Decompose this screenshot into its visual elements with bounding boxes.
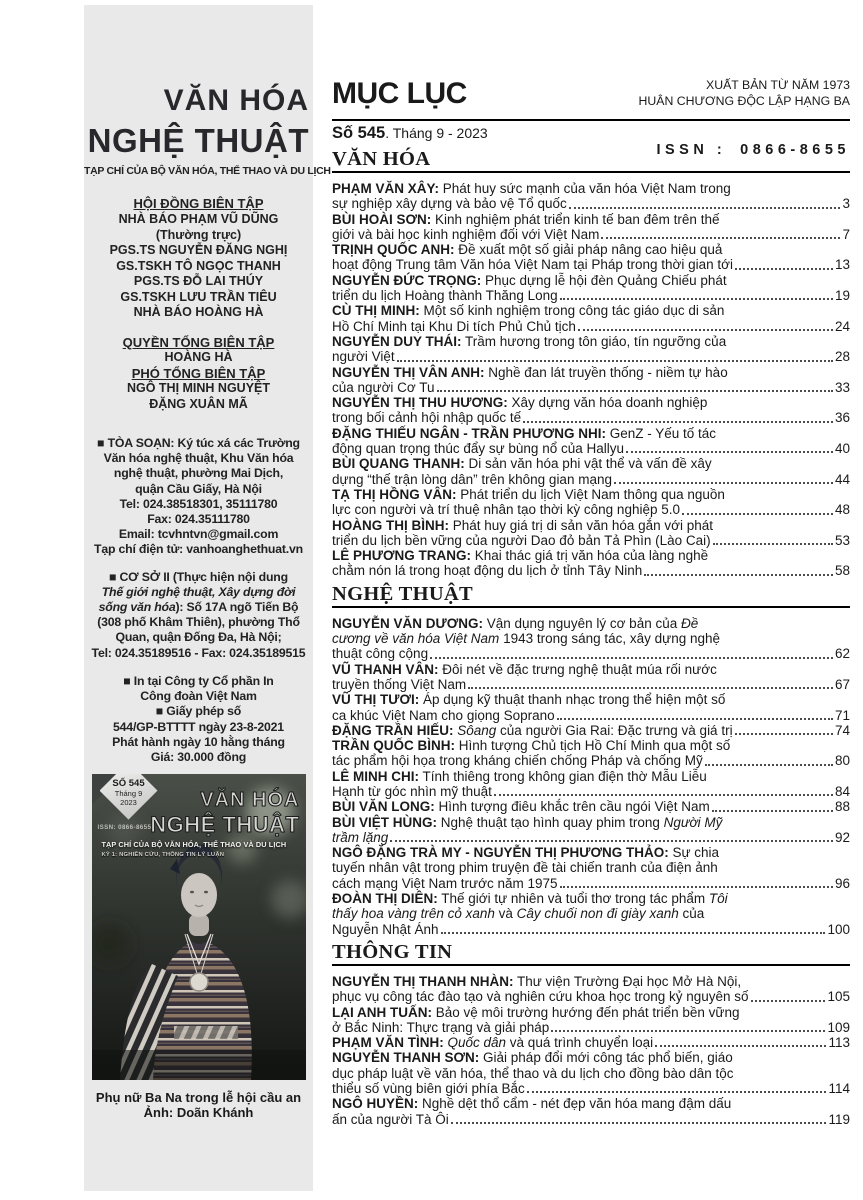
toc-entry: NGUYỄN ĐỨC TRỌNG: Phục dựng lễ hội đèn Q… bbox=[332, 273, 850, 304]
page-number: 33 bbox=[835, 380, 850, 395]
text-segment: Vận dụng nguyên lý cơ bản của bbox=[483, 616, 681, 631]
page-number: 19 bbox=[835, 288, 850, 303]
page-number: 96 bbox=[835, 876, 850, 891]
text-segment: NGUYỄN THỊ THU HƯƠNG: bbox=[332, 395, 508, 410]
table-of-contents: VĂN HÓAPHẠM VĂN XÂY: Phát huy sức mạnh c… bbox=[332, 149, 850, 1127]
text-segment: Phát triển du lịch Việt Nam thông qua ng… bbox=[457, 487, 725, 502]
section-header-2: NGHỆ THUẬT bbox=[332, 584, 850, 608]
text-line: Email: tcvhntvn@gmail.com bbox=[84, 527, 313, 542]
page-number: 71 bbox=[835, 708, 850, 723]
issue-row: Số 545. Tháng 9 - 2023 ISSN :0866-8655 bbox=[332, 124, 850, 144]
text-segment: thiểu số vùng biên giới phía Bắc bbox=[332, 1081, 525, 1096]
toc-entry: NGUYỄN THỊ THANH NHÀN: Thư viện Trường Đ… bbox=[332, 974, 850, 1005]
text-segment: PGS.TS ĐỖ LAI THÚY bbox=[134, 274, 263, 288]
page-number: 119 bbox=[828, 1112, 850, 1127]
page-number: 28 bbox=[835, 349, 850, 364]
text-segment: PGS.TS NGUYỄN ĐĂNG NGHỊ bbox=[110, 243, 288, 257]
text-segment: giới và bài học kinh nghiệm đối với Việt… bbox=[332, 227, 599, 242]
toc-entry: NGUYỄN DUY THÁI: Trầm hương trong tôn gi… bbox=[332, 334, 850, 365]
text-line: ■ TÒA SOẠN: Ký túc xá các Trường bbox=[84, 436, 313, 451]
text-line: ■ CƠ SỞ II (Thực hiện nội dung bbox=[84, 570, 313, 585]
text-segment: Nghề dệt thổ cẩm - nét đẹp văn hóa mang … bbox=[418, 1096, 731, 1111]
dot-leader bbox=[437, 390, 833, 392]
text-segment: Quan, quận Đống Đa, Hà Nội; bbox=[115, 630, 281, 644]
published-since-line: XUẤT BẢN TỪ NĂM 1973 bbox=[639, 78, 850, 94]
text-segment: Tôi bbox=[709, 891, 728, 906]
text-segment: trong bối cảnh hội nhập quốc tế bbox=[332, 410, 521, 425]
text-segment: Phục dựng lễ hội đèn Quảng Chiếu phát bbox=[481, 273, 726, 288]
magazine-logo: VĂN HÓA NGHỆ THUẬT bbox=[84, 5, 313, 161]
text-line: thuật công cộng62 bbox=[332, 646, 850, 661]
dot-leader bbox=[451, 1122, 827, 1124]
toc-entry: CÙ THỊ MINH: Một số kinh nghiệm trong cô… bbox=[332, 303, 850, 334]
cover-logo-line-2: NGHỆ THUẬT bbox=[150, 813, 299, 837]
text-segment: ĐẶNG XUÂN MÃ bbox=[149, 397, 248, 411]
text-line: BÙI HOÀI SƠN: Kinh nghiệm phát triển kin… bbox=[332, 212, 850, 227]
dot-leader bbox=[560, 886, 833, 888]
text-segment: ĐẶNG THIẾU NGÂN - TRẦN PHƯƠNG NHI: bbox=[332, 426, 606, 441]
text-line: thiểu số vùng biên giới phía Bắc114 bbox=[332, 1081, 850, 1096]
page-number: 88 bbox=[835, 799, 850, 814]
publisher-info: XUẤT BẢN TỪ NĂM 1973 HUÂN CHƯƠNG ĐỘC LẬP… bbox=[639, 78, 850, 109]
text-line: NHÀ BÁO HOÀNG HÀ bbox=[84, 305, 313, 321]
page-number: 40 bbox=[835, 441, 850, 456]
text-segment: Tính thiêng trong không gian điện thờ Mẫ… bbox=[419, 769, 707, 784]
text-segment: Áp dụng kỹ thuật thanh nhạc trong thể hi… bbox=[419, 692, 725, 707]
text-segment: nghệ thuật, phường Mai Dịch, bbox=[114, 466, 283, 480]
text-segment: thuật công cộng bbox=[332, 646, 428, 661]
text-line: NGÔ HUYỀN: Nghề dệt thổ cẩm - nét đẹp vă… bbox=[332, 1096, 850, 1111]
dot-leader bbox=[494, 794, 833, 796]
text-segment: lực con người và trí thuệ nhân tạo thời … bbox=[332, 502, 680, 517]
text-segment: PHẠM VĂN TÌNH: bbox=[332, 1035, 448, 1050]
text-segment: sống văn hóa bbox=[99, 600, 176, 614]
page-number: 114 bbox=[828, 1081, 850, 1096]
editorial-office-block: ■ TÒA SOẠN: Ký túc xá các TrườngVăn hóa … bbox=[84, 436, 313, 558]
text-segment: Giá: 30.000 đồng bbox=[151, 750, 246, 764]
page-number: 109 bbox=[827, 1020, 850, 1035]
toc-entry: BÙI VIỆT HÙNG: Nghệ thuật tạo hình quay … bbox=[332, 815, 850, 846]
text-segment: Tạp chí điện tử: vanhoanghethuat.vn bbox=[94, 542, 303, 556]
cover-tagline: TẠP CHÍ CỦA BỘ VĂN HÓA, THỂ THAO VÀ DU L… bbox=[102, 840, 302, 849]
page-number: 24 bbox=[835, 319, 850, 334]
page-number: 113 bbox=[828, 1035, 850, 1050]
dot-leader bbox=[557, 718, 833, 720]
text-segment: NGUYỄN THỊ VÂN ANH: bbox=[332, 365, 485, 380]
text-segment: NGÔ THỊ MINH NGUYỆT bbox=[127, 381, 270, 395]
text-segment: GS.TSKH TÔ NGỌC THANH bbox=[116, 259, 281, 273]
caption-line-2: Ảnh: Doãn Khánh bbox=[84, 1105, 313, 1120]
text-line: LÊ MINH CHI: Tính thiêng trong không gia… bbox=[332, 769, 850, 784]
caption-line-1: Phụ nữ Ba Na trong lễ hội cầu an bbox=[84, 1090, 313, 1105]
text-line: LẠI ANH TUẤN: Bảo vệ môi trường hướng đế… bbox=[332, 1005, 850, 1020]
text-segment: và quá trình chuyển loại bbox=[506, 1035, 653, 1050]
text-line: thấy hoa vàng trên cỏ xanh và Cây chuối … bbox=[332, 906, 850, 921]
text-segment: ): Số 17A ngõ Tiến Bộ bbox=[175, 600, 298, 614]
text-segment: BÙI QUANG THANH: bbox=[332, 456, 465, 471]
dot-leader bbox=[578, 329, 833, 331]
text-line: ĐẶNG THIẾU NGÂN - TRẦN PHƯƠNG NHI: GenZ … bbox=[332, 426, 850, 441]
dot-leader bbox=[601, 237, 840, 239]
text-segment: Hạnh từ góc nhìn mỹ thuật bbox=[332, 784, 492, 799]
section-entries: PHẠM VĂN XÂY: Phát huy sức mạnh của văn … bbox=[332, 181, 850, 579]
toc-entry: BÙI HOÀI SƠN: Kinh nghiệm phát triển kin… bbox=[332, 212, 850, 243]
text-segment: Di sản văn hóa phi vật thể và vấn đề xây bbox=[465, 456, 712, 471]
toc-entry: BÙI QUANG THANH: Di sản văn hóa phi vật … bbox=[332, 456, 850, 487]
text-line: ở Bắc Ninh: Thực trạng và giải pháp109 bbox=[332, 1020, 850, 1035]
text-segment: Xây dựng văn hóa doanh nghiệp bbox=[508, 395, 708, 410]
text-line: NGUYỄN THỊ THANH NHÀN: Thư viện Trường Đ… bbox=[332, 974, 850, 989]
text-segment: VŨ THỊ TƯƠI: bbox=[332, 692, 419, 707]
text-segment: ■ CƠ SỞ II (Thực hiện nội dung bbox=[109, 570, 288, 584]
text-segment: dục pháp luật về văn hóa, thể thao và du… bbox=[332, 1066, 734, 1081]
text-line: NGUYỄN THANH SƠN: Giải pháp đổi mới công… bbox=[332, 1050, 850, 1065]
text-segment: chằm nón lá trong hoạt động du lịch ở tỉ… bbox=[332, 563, 642, 578]
page-number: 58 bbox=[835, 563, 850, 578]
dot-leader bbox=[397, 360, 833, 362]
text-line: ấn của người Tà Ôi119 bbox=[332, 1112, 850, 1127]
text-segment: dựng “thế trận lòng dân” trên không gian… bbox=[332, 472, 612, 487]
text-line: 544/GP-BTTTT ngày 23-8-2021 bbox=[84, 720, 313, 735]
text-line: ĐOÀN THỊ DIÊN: Thế giới tự nhiên và tuổi… bbox=[332, 891, 850, 906]
text-segment: Tel: 024.38518301, 35111780 bbox=[120, 497, 278, 511]
text-line: ca khúc Việt Nam cho giọng Soprano71 bbox=[332, 708, 850, 723]
text-line: trong bối cảnh hội nhập quốc tế36 bbox=[332, 410, 850, 425]
text-line: Tạp chí điện tử: vanhoanghethuat.vn bbox=[84, 542, 313, 557]
cover-logo-line-1: VĂN HÓA bbox=[150, 788, 299, 813]
text-segment: Phát hành ngày 10 hằng tháng bbox=[112, 735, 285, 749]
text-segment: TRẦN QUỐC BÌNH: bbox=[332, 738, 455, 753]
text-line: TRỊNH QUỐC ANH: Đề xuất một số giải pháp… bbox=[332, 242, 850, 257]
page-number: 13 bbox=[835, 257, 850, 272]
text-segment: Đôi nét về đặc trưng nghệ thuật múa rối … bbox=[439, 662, 717, 677]
text-segment: Khai thác giá trị văn hóa của làng nghề bbox=[471, 548, 708, 563]
page-number: 105 bbox=[827, 989, 850, 1004]
page-number: 3 bbox=[842, 196, 850, 211]
text-line: Hồ Chí Minh tại Khu Di tích Phủ Chủ tịch… bbox=[332, 319, 850, 334]
text-line: ĐẶNG XUÂN MÃ bbox=[84, 397, 313, 413]
toc-entry: TẠ THỊ HỒNG VÂN: Phát triển du lịch Việt… bbox=[332, 487, 850, 518]
acting-editor-heading: QUYỀN TỔNG BIÊN TẬP bbox=[84, 335, 313, 351]
text-segment: ĐẶNG TRẦN HIẾU: bbox=[332, 723, 457, 738]
toc-entry: HOÀNG THỊ BÌNH: Phát huy giá trị di sản … bbox=[332, 518, 850, 549]
dot-leader bbox=[527, 1091, 827, 1093]
issn-label: ISSN :0866-8655 bbox=[605, 126, 850, 174]
text-line: Tel: 024.38518301, 35111780 bbox=[84, 497, 313, 512]
text-segment: NHÀ BÁO HOÀNG HÀ bbox=[134, 305, 264, 319]
text-line: NGUYỄN VĂN DƯƠNG: Vận dụng nguyên lý cơ … bbox=[332, 616, 850, 631]
text-segment: NGÔ ĐẶNG TRÀ MY - NGUYỄN THỊ PHƯƠNG THẢO… bbox=[332, 845, 669, 860]
toc-entry: PHẠM VĂN XÂY: Phát huy sức mạnh của văn … bbox=[332, 181, 850, 212]
text-line: TẠ THỊ HỒNG VÂN: Phát triển du lịch Việt… bbox=[332, 487, 850, 502]
text-segment: Thế giới nghệ thuật, Xây dựng đời bbox=[102, 585, 296, 599]
text-line: GS.TSKH LƯU TRẦN TIÊU bbox=[84, 290, 313, 306]
text-segment: người Việt bbox=[332, 349, 395, 364]
toc-entry: NGÔ ĐẶNG TRÀ MY - NGUYỄN THỊ PHƯƠNG THẢO… bbox=[332, 845, 850, 891]
text-segment: Thế giới tự nhiên và tuổi thơ trong tác … bbox=[438, 891, 709, 906]
logo-line-2: NGHỆ THUẬT bbox=[84, 121, 309, 161]
text-segment: CÙ THỊ MINH: bbox=[332, 303, 420, 318]
text-segment: Kinh nghiệm phát triển kinh tế ban đêm t… bbox=[431, 212, 719, 227]
text-segment: ĐOÀN THỊ DIÊN: bbox=[332, 891, 438, 906]
text-line: BÙI VIỆT HÙNG: Nghệ thuật tạo hình quay … bbox=[332, 815, 850, 830]
text-line: Tel: 024.35189516 - Fax: 024.35189515 bbox=[84, 646, 313, 661]
text-line: của người Cơ Tu33 bbox=[332, 380, 850, 395]
text-line: Hạnh từ góc nhìn mỹ thuật84 bbox=[332, 784, 850, 799]
text-segment: hoạt động Trung tâm Văn hóa Việt Nam tại… bbox=[332, 257, 733, 272]
text-segment: NGUYỄN ĐỨC TRỌNG: bbox=[332, 273, 481, 288]
dot-leader bbox=[551, 1030, 825, 1032]
text-line: ■ In tại Công ty Cổ phần In bbox=[84, 674, 313, 689]
text-segment: Nghệ thuật tạo hình quay phim trong bbox=[437, 815, 664, 830]
toc-entry: VŨ THANH VÂN: Đôi nét về đặc trưng nghệ … bbox=[332, 662, 850, 693]
text-segment: Trầm hương trong tôn giáo, tín ngưỡng củ… bbox=[462, 334, 727, 349]
text-segment: trầm lặng bbox=[332, 830, 388, 845]
text-line: nghệ thuật, phường Mai Dịch, bbox=[84, 466, 313, 481]
deputy-editor-heading: PHÓ TỔNG BIÊN TẬP bbox=[84, 366, 313, 382]
text-segment: GS.TSKH LƯU TRẦN TIÊU bbox=[120, 290, 276, 304]
text-segment: triển du lịch Hoàng thành Thăng Long bbox=[332, 288, 558, 303]
text-line: NGUYỄN THỊ VÂN ANH: Nghề đan lát truyền … bbox=[332, 365, 850, 380]
text-line: Giá: 30.000 đồng bbox=[84, 750, 313, 765]
magazine-tagline: TẠP CHÍ CỦA BỘ VĂN HÓA, THỂ THAO VÀ DU L… bbox=[84, 165, 313, 178]
dot-leader bbox=[655, 1045, 826, 1047]
text-segment: Tel: 024.35189516 - Fax: 024.35189515 bbox=[92, 646, 306, 660]
text-line: NGUYỄN DUY THÁI: Trầm hương trong tôn gi… bbox=[332, 334, 850, 349]
text-line: (Thường trực) bbox=[84, 228, 313, 244]
text-segment: Quốc dân bbox=[448, 1035, 507, 1050]
text-line: NGUYỄN THỊ THU HƯƠNG: Xây dựng văn hóa d… bbox=[332, 395, 850, 410]
text-line: quận Cầu Giấy, Hà Nội bbox=[84, 482, 313, 497]
text-segment: cương về văn hóa Việt Nam bbox=[332, 631, 499, 646]
text-line: (308 phố Khâm Thiên), phường Thổ bbox=[84, 615, 313, 630]
text-segment: của người Cơ Tu bbox=[332, 380, 435, 395]
dot-leader bbox=[614, 482, 833, 484]
toc-entry: BÙI VĂN LONG: Hình tượng điêu khắc trên … bbox=[332, 799, 850, 814]
page-number: 48 bbox=[835, 502, 850, 517]
text-segment: Email: tcvhntvn@gmail.com bbox=[119, 527, 278, 541]
toc-entry: LÊ PHƯƠNG TRANG: Khai thác giá trị văn h… bbox=[332, 548, 850, 579]
cover-logo: VĂN HÓA NGHỆ THUẬT bbox=[150, 788, 299, 837]
page-number: 36 bbox=[835, 410, 850, 425]
cover-edition-line: KỲ 1: NGHIÊN CỨU, THÔNG TIN LÝ LUẬN bbox=[102, 852, 225, 858]
section-entries: NGUYỄN VĂN DƯƠNG: Vận dụng nguyên lý cơ … bbox=[332, 616, 850, 937]
text-line: PHẠM VĂN XÂY: Phát huy sức mạnh của văn … bbox=[332, 181, 850, 196]
page-number: 7 bbox=[842, 227, 850, 242]
toc-entry: ĐẶNG TRẦN HIẾU: Sôang của người Gia Rai:… bbox=[332, 723, 850, 738]
toc-entry: NGUYỄN THỊ VÂN ANH: Nghề đan lát truyền … bbox=[332, 365, 850, 396]
text-segment: BÙI VĂN LONG: bbox=[332, 799, 435, 814]
text-segment: HOÀNG THỊ BÌNH: bbox=[332, 518, 449, 533]
text-segment: Phát huy giá trị di sản văn hóa gắn với … bbox=[449, 518, 713, 533]
text-segment: Hồ Chí Minh tại Khu Di tích Phủ Chủ tịch bbox=[332, 319, 576, 334]
toc-entry: VŨ THỊ TƯƠI: Áp dụng kỹ thuật thanh nhạc… bbox=[332, 692, 850, 723]
text-segment: triển du lịch bền vững của người Dao đỏ … bbox=[332, 533, 711, 548]
text-line: Thế giới nghệ thuật, Xây dựng đời bbox=[84, 585, 313, 600]
header-divider bbox=[332, 119, 850, 121]
text-segment: sự nghiệp xây dựng và bảo vệ Tổ quốc bbox=[332, 196, 567, 211]
cover-issue-month: Tháng 9 bbox=[100, 789, 158, 798]
dot-leader bbox=[430, 657, 833, 659]
printing-license-block: ■ In tại Công ty Cổ phần InCông đoàn Việ… bbox=[84, 674, 313, 766]
toc-entry: LẠI ANH TUẤN: Bảo vệ môi trường hướng đế… bbox=[332, 1005, 850, 1036]
issn-value: 0866-8655 bbox=[740, 142, 850, 158]
text-line: lực con người và trí thuệ nhân tạo thời … bbox=[332, 502, 850, 517]
text-segment: (308 phố Khâm Thiên), phường Thổ bbox=[97, 615, 300, 629]
text-segment: ấn của người Tà Ôi bbox=[332, 1112, 449, 1127]
issn-text: ISSN : bbox=[656, 142, 726, 158]
acting-editor-name: HOÀNG HÀ bbox=[84, 350, 313, 366]
text-segment: ■ Giấy phép số bbox=[156, 704, 241, 718]
text-segment: NHÀ BÁO PHẠM VŨ DŨNG bbox=[119, 212, 279, 226]
section-entries: NGUYỄN THỊ THANH NHÀN: Thư viện Trường Đ… bbox=[332, 974, 850, 1127]
text-line: NHÀ BÁO PHẠM VŨ DŨNG bbox=[84, 212, 313, 228]
text-segment: Sôang bbox=[457, 723, 496, 738]
text-line: ■ Giấy phép số bbox=[84, 704, 313, 719]
dot-leader bbox=[523, 421, 833, 423]
issue-label: Số 545. Tháng 9 - 2023 bbox=[332, 124, 488, 143]
text-segment: NGUYỄN THANH SƠN: bbox=[332, 1050, 479, 1065]
magazine-cover: SỐ 545 Tháng 9 2023 ISSN: 0866-8655 VĂN … bbox=[92, 774, 306, 1080]
text-segment: (Thường trực) bbox=[156, 228, 241, 242]
text-line: Công đoàn Việt Nam bbox=[84, 689, 313, 704]
text-line: tác phẩm hội họa trong kháng chiến chống… bbox=[332, 753, 850, 768]
text-line: VŨ THỊ TƯƠI: Áp dụng kỹ thuật thanh nhạc… bbox=[332, 692, 850, 707]
text-line: NGÔ THỊ MINH NGUYỆT bbox=[84, 381, 313, 397]
dot-leader bbox=[705, 764, 833, 766]
toc-entry: NGUYỄN THỊ THU HƯƠNG: Xây dựng văn hóa d… bbox=[332, 395, 850, 426]
text-line: chằm nón lá trong hoạt động du lịch ở tỉ… bbox=[332, 563, 850, 578]
text-line: dựng “thế trận lòng dân” trên không gian… bbox=[332, 472, 850, 487]
dot-leader bbox=[468, 687, 833, 689]
issue-number: Số 545 bbox=[332, 124, 385, 142]
dot-leader bbox=[560, 298, 833, 300]
text-segment: Bảo vệ môi trường hướng đến phát triển b… bbox=[432, 1005, 740, 1020]
toc-entry: PHẠM VĂN TÌNH: Quốc dân và quá trình chu… bbox=[332, 1035, 850, 1050]
text-segment: tuyến nhân vật trong phim truyện đề tài … bbox=[332, 860, 718, 875]
dot-leader bbox=[735, 268, 833, 270]
text-line: động quan trọng thúc đẩy sự bùng nổ của … bbox=[332, 441, 850, 456]
text-segment: Giải pháp đổi mới công tác phổ biến, giá… bbox=[479, 1050, 733, 1065]
text-segment: BÙI HOÀI SƠN: bbox=[332, 212, 431, 227]
text-segment: TẠ THỊ HỒNG VÂN: bbox=[332, 487, 457, 502]
toc-entry: ĐẶNG THIẾU NGÂN - TRẦN PHƯƠNG NHI: GenZ … bbox=[332, 426, 850, 457]
text-segment: Hình tượng điêu khắc trên cầu ngói Việt … bbox=[435, 799, 710, 814]
text-segment: động quan trọng thúc đẩy sự bùng nổ của … bbox=[332, 441, 624, 456]
text-line: TRẦN QUỐC BÌNH: Hình tượng Chủ tịch Hồ C… bbox=[332, 738, 850, 753]
text-line: NGÔ ĐẶNG TRÀ MY - NGUYỄN THỊ PHƯƠNG THẢO… bbox=[332, 845, 850, 860]
text-segment: TRỊNH QUỐC ANH: bbox=[332, 242, 455, 257]
text-segment: Công đoàn Việt Nam bbox=[140, 689, 256, 703]
text-line: người Việt28 bbox=[332, 349, 850, 364]
dot-leader bbox=[712, 810, 833, 812]
text-line: PGS.TS ĐỖ LAI THÚY bbox=[84, 274, 313, 290]
text-segment: ■ TÒA SOẠN: Ký túc xá các Trường bbox=[97, 436, 300, 450]
text-line: triển du lịch bền vững của người Dao đỏ … bbox=[332, 533, 850, 548]
text-segment: và bbox=[495, 906, 517, 921]
branch-office-block: ■ CƠ SỞ II (Thực hiện nội dungThế giới n… bbox=[84, 570, 313, 661]
text-line: PHẠM VĂN TÌNH: Quốc dân và quá trình chu… bbox=[332, 1035, 850, 1050]
text-segment: Cây chuối non đi giày xanh bbox=[517, 906, 679, 921]
text-segment: 1943 trong sáng tác, xây dựng nghệ bbox=[499, 631, 720, 646]
toc-entry: TRẦN QUỐC BÌNH: Hình tượng Chủ tịch Hồ C… bbox=[332, 738, 850, 769]
dot-leader bbox=[682, 513, 833, 515]
dot-leader bbox=[569, 207, 841, 209]
text-segment: Người Mỹ bbox=[664, 815, 723, 830]
page-number: 62 bbox=[835, 646, 850, 661]
page-number: 44 bbox=[835, 472, 850, 487]
text-segment: của người Gia Rai: Đặc trưng và giá trị bbox=[496, 723, 732, 738]
editorial-board-list: NHÀ BÁO PHẠM VŨ DŨNG(Thường trực)PGS.TS … bbox=[84, 212, 313, 321]
text-segment: của bbox=[679, 906, 705, 921]
text-line: sự nghiệp xây dựng và bảo vệ Tổ quốc3 bbox=[332, 196, 850, 211]
text-segment: Phát huy sức mạnh của văn hóa Việt Nam t… bbox=[439, 181, 731, 196]
dot-leader bbox=[441, 932, 826, 934]
text-line: tuyến nhân vật trong phim truyện đề tài … bbox=[332, 860, 850, 875]
text-segment: ca khúc Việt Nam cho giọng Soprano bbox=[332, 708, 555, 723]
text-line: Phát hành ngày 10 hằng tháng bbox=[84, 735, 313, 750]
left-sidebar-panel: VĂN HÓA NGHỆ THUẬT TẠP CHÍ CỦA BỘ VĂN HÓ… bbox=[84, 5, 313, 1191]
dot-leader bbox=[390, 840, 833, 842]
text-line: PGS.TS NGUYỄN ĐĂNG NGHỊ bbox=[84, 243, 313, 259]
text-segment: Văn hóa nghệ thuật, Khu Văn hóa bbox=[104, 451, 294, 465]
text-line: HOÀNG THỊ BÌNH: Phát huy giá trị di sản … bbox=[332, 518, 850, 533]
text-line: BÙI VĂN LONG: Hình tượng điêu khắc trên … bbox=[332, 799, 850, 814]
medal-line: HUÂN CHƯƠNG ĐỘC LẬP HẠNG BA bbox=[639, 94, 850, 110]
text-segment: NGUYỄN THỊ THANH NHÀN: bbox=[332, 974, 514, 989]
text-segment: LÊ MINH CHI: bbox=[332, 769, 419, 784]
text-line: Fax: 024.35111780 bbox=[84, 512, 313, 527]
section-header-3: THÔNG TIN bbox=[332, 942, 850, 966]
text-segment: ở Bắc Ninh: Thực trạng và giải pháp bbox=[332, 1020, 549, 1035]
text-segment: LẠI ANH TUẤN: bbox=[332, 1005, 432, 1020]
text-segment: NGÔ HUYỀN: bbox=[332, 1096, 418, 1111]
text-segment: Hình tượng Chủ tịch Hồ Chí Minh qua một … bbox=[455, 738, 730, 753]
page-number: 80 bbox=[835, 753, 850, 768]
toc-entry: NGÔ HUYỀN: Nghề dệt thổ cẩm - nét đẹp vă… bbox=[332, 1096, 850, 1127]
dot-leader bbox=[713, 543, 833, 545]
cover-caption: Phụ nữ Ba Na trong lễ hội cầu an Ảnh: Do… bbox=[84, 1090, 313, 1120]
text-line: cương về văn hóa Việt Nam 1943 trong sán… bbox=[332, 631, 850, 646]
toc-entry: NGUYỄN VĂN DƯƠNG: Vận dụng nguyên lý cơ … bbox=[332, 616, 850, 662]
cover-issn: ISSN: 0866-8655 bbox=[98, 824, 152, 831]
contents-column: MỤC LỤC XUẤT BẢN TỪ NĂM 1973 HUÂN CHƯƠNG… bbox=[332, 0, 850, 1127]
text-line: ĐẶNG TRẦN HIẾU: Sôang của người Gia Rai:… bbox=[332, 723, 850, 738]
text-line: phục vụ công tác đào tạo và nghiên cứu k… bbox=[332, 989, 850, 1004]
text-segment: truyền thống Việt Nam bbox=[332, 677, 466, 692]
text-segment: Nghề đan lát truyền thống - niềm tự hào bbox=[485, 365, 728, 380]
dot-leader bbox=[751, 1000, 826, 1002]
logo-line-1: VĂN HÓA bbox=[84, 81, 309, 121]
text-segment: LÊ PHƯƠNG TRANG: bbox=[332, 548, 471, 563]
text-line: NGUYỄN ĐỨC TRỌNG: Phục dựng lễ hội đèn Q… bbox=[332, 273, 850, 288]
text-line: hoạt động Trung tâm Văn hóa Việt Nam tại… bbox=[332, 257, 850, 272]
dot-leader bbox=[735, 733, 833, 735]
text-segment: Thư viện Trường Đại học Mở Hà Nội, bbox=[514, 974, 742, 989]
text-line: triển du lịch Hoàng thành Thăng Long19 bbox=[332, 288, 850, 303]
issue-date: . Tháng 9 - 2023 bbox=[385, 125, 487, 141]
text-segment: Đề bbox=[681, 616, 698, 631]
text-segment: phục vụ công tác đào tạo và nghiên cứu k… bbox=[332, 989, 749, 1004]
text-segment: Fax: 024.35111780 bbox=[147, 512, 250, 526]
page-number: 53 bbox=[835, 533, 850, 548]
text-segment: NGUYỄN DUY THÁI: bbox=[332, 334, 462, 349]
text-line: BÙI QUANG THANH: Di sản văn hóa phi vật … bbox=[332, 456, 850, 471]
text-segment: Sự chia bbox=[669, 845, 719, 860]
toc-entry: LÊ MINH CHI: Tính thiêng trong không gia… bbox=[332, 769, 850, 800]
toc-entry: TRỊNH QUỐC ANH: Đề xuất một số giải pháp… bbox=[332, 242, 850, 273]
text-segment: PHẠM VĂN XÂY: bbox=[332, 181, 439, 196]
